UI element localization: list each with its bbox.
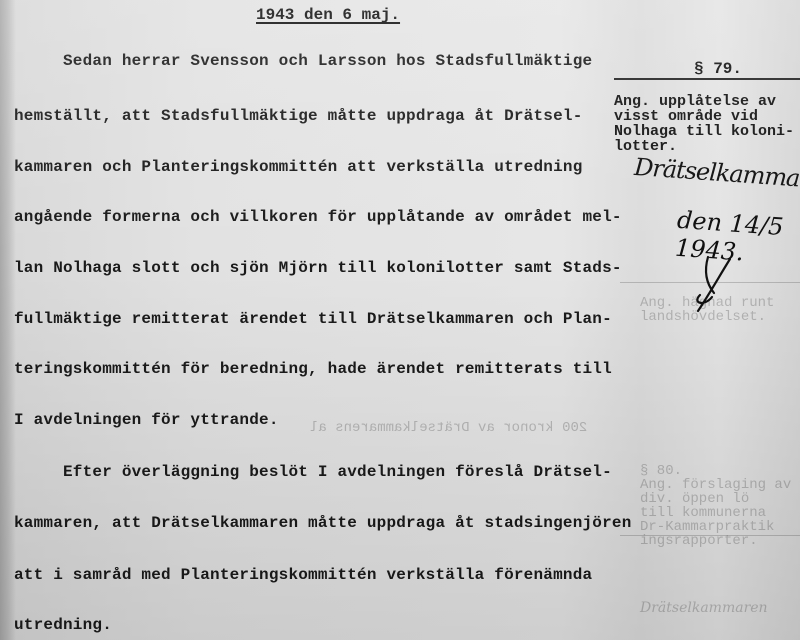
body-line: kammaren, att Drätselkammaren måtte uppd… xyxy=(14,514,632,532)
body-line: utredning. xyxy=(14,616,112,634)
body-line: att i samråd med Planteringskommittén ve… xyxy=(14,566,592,584)
body-line: Efter överläggning beslöt I avdelningen … xyxy=(14,463,612,481)
body-line: Sedan herrar Svensson och Larsson hos St… xyxy=(14,52,592,70)
body-line: kammaren och Planteringskommittén att ve… xyxy=(14,158,583,176)
handwritten-note: Drätselkammaren xyxy=(633,153,800,195)
scanned-document-page: 1943 den 6 maj. Sedan herrar Svensson oc… xyxy=(0,0,800,640)
margin-subject: Ang. upplåtelse av visst område vid Nolh… xyxy=(614,94,794,154)
bleed-through-signature: Drätselkammaren xyxy=(640,600,768,616)
body-line: teringskommittén för beredning, hade äre… xyxy=(14,360,612,378)
body-line: fullmäktige remitterat ärendet till Drät… xyxy=(14,310,612,328)
body-line: hemställt, att Stadsfullmäktige måtte up… xyxy=(14,107,583,125)
bleed-through-rule xyxy=(620,535,800,536)
body-line: I avdelningen för yttrande. xyxy=(14,411,279,429)
margin-rule xyxy=(614,78,800,80)
body-line: angående formerna och villkoren för uppl… xyxy=(14,208,622,226)
body-line: lan Nolhaga slott och sjön Mjörn till ko… xyxy=(14,259,622,277)
paragraph-number: § 79. xyxy=(694,60,742,78)
date-heading: 1943 den 6 maj. xyxy=(256,6,400,24)
initials-signature-icon xyxy=(690,255,740,315)
bleed-through-text: 200 kronor av Drätselkammarens al xyxy=(310,420,587,436)
